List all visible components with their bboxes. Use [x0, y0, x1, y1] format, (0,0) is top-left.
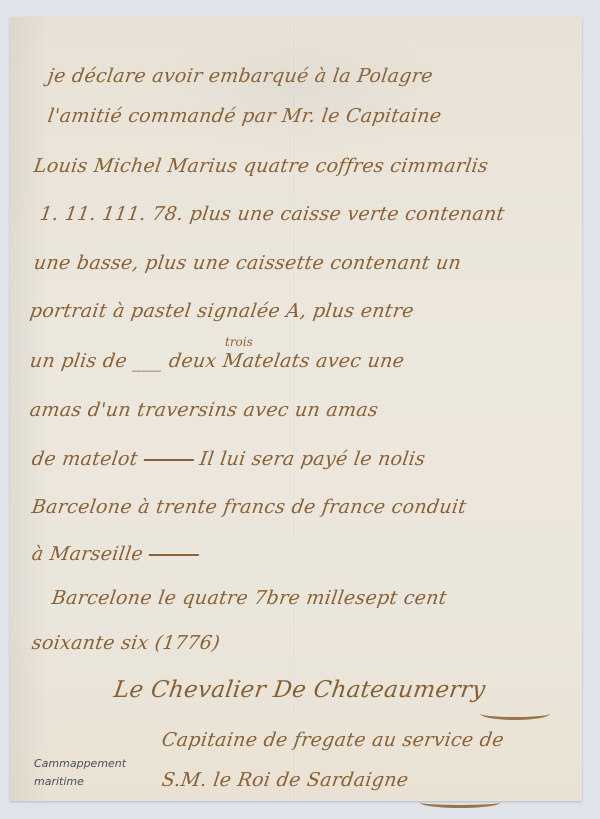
- body-line-11: Barcelone à trente francs de france cond…: [30, 496, 467, 518]
- signature-flourish: [480, 707, 550, 720]
- pencil-note-line-1: Cammappement: [34, 755, 126, 773]
- dash-divider: [149, 554, 199, 556]
- body-line-9-row: de matelotIl lui sera payé le nolis: [30, 448, 426, 470]
- interlinear-insertion: trois: [225, 335, 253, 349]
- body-line-1: je déclare avoir embarqué à la Polagre: [46, 65, 434, 87]
- pencil-note-line-2: maritime: [34, 773, 126, 791]
- body-line-9: de matelot: [30, 448, 139, 470]
- body-line-9b: Il lui sera payé le nolis: [198, 448, 427, 470]
- signature-title-2: S.M. le Roi de Sardaigne: [160, 769, 410, 791]
- date-line-2: soixante six (1776): [30, 632, 221, 654]
- dash-divider: [144, 459, 194, 461]
- body-line-12: à Marseille: [30, 543, 144, 565]
- pencil-note: Cammappement maritime: [34, 755, 126, 791]
- body-line-3: Louis Michel Marius quatre coffres cimma…: [32, 155, 489, 177]
- body-line-4: 1. 11. 111. 78. plus une caisse verte co…: [38, 203, 506, 225]
- signature-name: Le Chevalier De Chateaumerry: [112, 677, 487, 703]
- body-line-7: un plis de ___ deux Matelats avec une: [28, 350, 405, 372]
- body-line-6: portrait à pastel signalée A, plus entre: [28, 300, 415, 322]
- body-line-8: amas d'un traversins avec un amas: [28, 399, 379, 421]
- body-line-2: l'amitié commandé par Mr. le Capitaine: [46, 105, 442, 127]
- signature-title-1: Capitaine de fregate au service de: [160, 729, 505, 751]
- letter-page: je déclare avoir embarqué à la Polagre l…: [10, 17, 582, 801]
- body-line-12-row: à Marseille: [30, 543, 206, 565]
- paraph-flourish: [420, 797, 500, 808]
- date-line-1: Barcelone le quatre 7bre millesept cent: [50, 587, 448, 609]
- body-line-5: une basse, plus une caissette contenant …: [32, 252, 462, 274]
